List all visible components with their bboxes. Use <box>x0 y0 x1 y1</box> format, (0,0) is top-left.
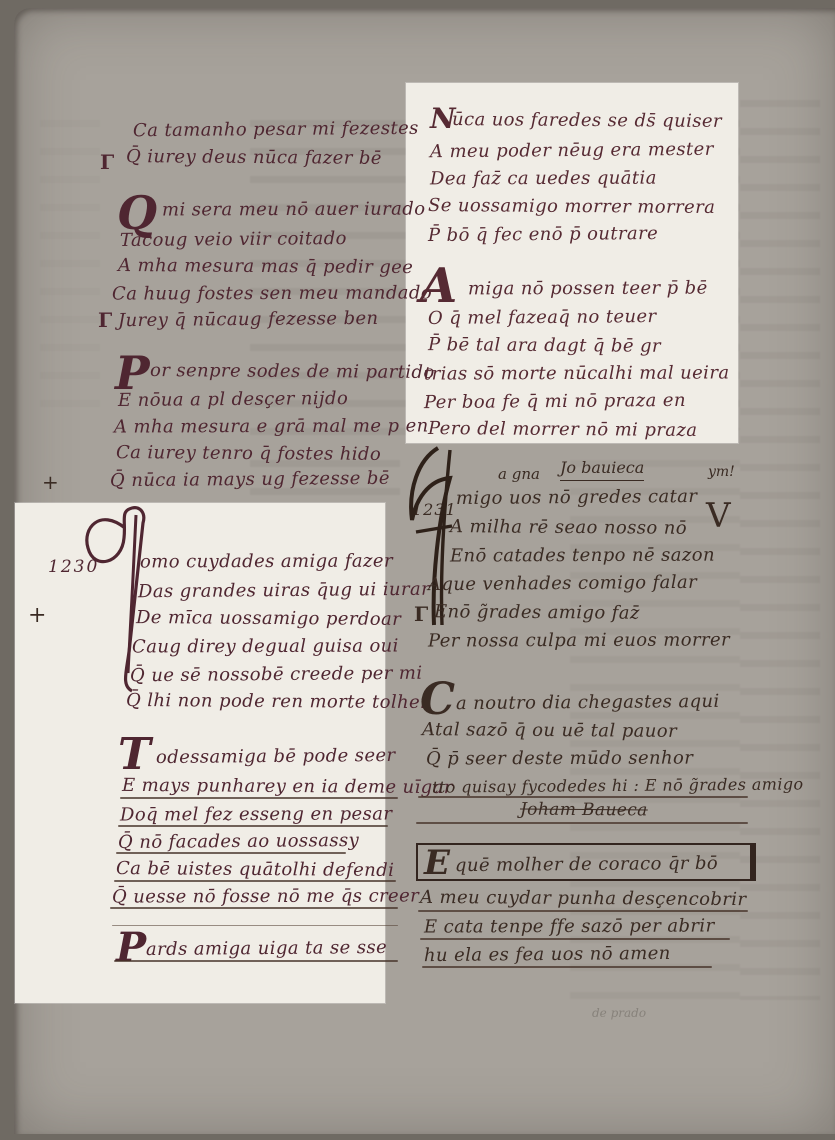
verse-line: migo uos nō gredes catar <box>456 488 697 508</box>
verse-line: Enō catades tenpo nē sazon <box>450 547 715 566</box>
verse-line: omo cuydades amiga fazer <box>140 553 393 572</box>
verse-line: E cata tenpe ffe sazō per abrir <box>424 917 715 936</box>
verse-line: A meu cuydar punha desçencobrir <box>420 889 747 909</box>
colocci-note: a gna <box>498 465 540 483</box>
paragraph-mark-icon: Γ <box>414 602 428 626</box>
verse-line: A mha mesura mas q̄ pedir gee <box>118 257 413 277</box>
verse-line: Jurey q̄ nūcaug fezesse ben <box>118 310 379 330</box>
ink-underline <box>116 852 346 854</box>
verse-line: Q̄ nō facades ao uossassy <box>118 832 359 852</box>
verse-line: tto quisay fycodedes hi : E nō g̃rades a… <box>432 776 804 795</box>
ink-underline <box>420 938 730 940</box>
verse-line: hu ela es fea uos nō amen <box>424 945 671 965</box>
faint-pencil-note: de prado <box>592 1006 646 1020</box>
ink-underline <box>114 880 396 882</box>
verse-line: Per boa fe q̄ mi nō praza en <box>424 392 686 412</box>
ink-underline <box>416 822 748 824</box>
verse-line: Caug direy degual guisa oui <box>132 638 399 657</box>
verse-line: Ca tamanho pesar mi fezestes <box>133 120 419 140</box>
paragraph-mark-icon: Γ <box>100 150 114 174</box>
verse-line: or senpre sodes de mi partido <box>150 362 435 382</box>
plus-mark: + <box>28 603 46 628</box>
verse-line: A mha mesura e grā mal me p en <box>114 417 429 436</box>
verse-line: O q̄ mel fazeaq̄ no teuer <box>428 308 657 328</box>
verse-line: Dea faz̄ ca uedes quātia <box>430 170 657 189</box>
ink-underline <box>418 796 748 798</box>
verse-line: a noutro dia chegastes aqui <box>456 693 720 713</box>
verse-line: Doq̄ mel fez esseng en pesar <box>120 806 392 825</box>
verse-line: E nōua a pl desçer nijdo <box>118 390 348 410</box>
manuscript-photo: Ca tamanho pesar mi fezestes Γ Q̄ iurey … <box>0 0 835 1140</box>
drop-cap: E <box>424 846 450 880</box>
verse-line: miga nō possen teer p̄ bē <box>468 280 708 299</box>
verse-line: Q̄ uesse nō fosse nō me q̄s creer <box>112 887 419 906</box>
verse-line: Enō g̃rades amigo faz̄ <box>434 603 640 622</box>
scribble-note: ym! <box>708 464 735 480</box>
verse-line: Q̄ iurey deus nūca fazer bē <box>126 148 382 168</box>
verse-line: Ca huug fostes sen meu mandado <box>112 284 432 303</box>
verse-line: Q̄ lhi non pode ren morte tolher <box>126 692 429 712</box>
verse-line: Aque venhades comigo falar <box>428 574 697 594</box>
drop-cap: P <box>116 928 146 968</box>
verse-line: Per nossa culpa mi euos morrer <box>428 631 730 650</box>
drop-cap: T <box>118 733 151 777</box>
ink-underline <box>422 966 712 968</box>
verse-line: Atal sazō q̄ ou uē tal pauor <box>422 721 677 741</box>
verse-line: Se uossamigo morrer morrera <box>428 197 715 217</box>
verse-line: Ca bē uistes quātolhi defendi <box>116 860 394 880</box>
verse-line: Q̄ ue sē nossobē creede per mi <box>130 665 423 686</box>
verse-line: A milha rē seao nosso nō <box>450 518 687 538</box>
ink-underline <box>120 797 398 799</box>
drop-cap: C <box>420 678 455 722</box>
verse-line: Pero del morrer nō mi praza <box>428 420 698 440</box>
verse-line: quē molher de coraco q̄r bō <box>455 855 718 875</box>
drop-cap: A <box>420 262 458 310</box>
verse-line: A meu poder nēug era mester <box>430 141 714 161</box>
verse-line: Q̄ nūca ia mays ug fezesse bē <box>110 470 390 490</box>
verse-line: Ca iurey tenro q̄ fostes hido <box>116 444 381 464</box>
verse-line: Q̄ p̄ seer deste mūdo senhor <box>426 750 693 769</box>
verse-line: odessamiga bē pode seer <box>156 747 396 767</box>
ink-underline <box>114 960 398 962</box>
verse-line: De mīca uossamigo perdoar <box>136 609 401 629</box>
verse-line: Das grandes uiras q̄ug ui iurar <box>138 581 430 602</box>
ruling-line <box>112 925 398 926</box>
verse-line: ūca uos faredes se ds̄ quiser <box>452 111 722 131</box>
bleedthrough-texture <box>40 120 100 420</box>
verse-line: P̄ bō q̄ fec enō p̄ outrare <box>428 225 658 245</box>
plus-mark: + <box>42 470 59 494</box>
verse-line: P̄ bē tal ara dagt q̄ bē gr <box>428 336 661 356</box>
colocci-attribution-note: Jo bauieca <box>560 458 644 481</box>
verse-line: E mays punharey en ia deme uīgar <box>122 777 453 797</box>
margin-letter: V <box>706 496 731 536</box>
ink-underline <box>110 907 398 909</box>
struck-attribution: Joham Baueca <box>520 802 648 820</box>
ink-underline <box>118 825 388 827</box>
verse-line: mi sera meu nō auer iurado <box>162 201 425 220</box>
verse-line: Tacoug veio viir coitado <box>120 230 347 250</box>
paragraph-mark-icon: Γ <box>98 308 112 332</box>
verse-line: ards amiga uiga ta se sse <box>146 939 387 959</box>
verse-line: trias sō morte nūcalhi mal ueira <box>424 364 730 383</box>
ink-underline <box>418 910 748 912</box>
